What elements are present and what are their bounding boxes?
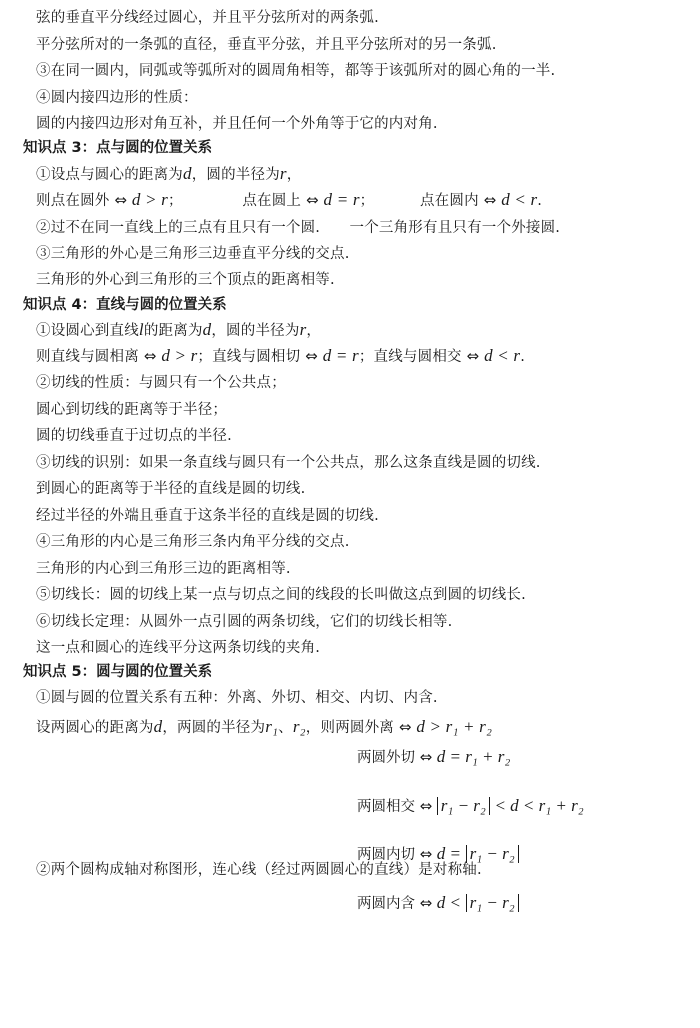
iff-symbol: ⇔	[399, 718, 412, 736]
text: 的距离为	[144, 323, 203, 339]
formula: d < r	[501, 190, 537, 209]
iff-symbol: ⇔	[420, 797, 433, 815]
formula: d > r₁ + r₂	[416, 717, 492, 736]
math-var: r₂	[293, 717, 306, 736]
formula-external-tangent: 两圆外切 ⇔ d = r₁ + r₂	[357, 746, 510, 769]
text-line: ⑥切线长定理：从圆外一点引圆的两条切线，它们的切线长相等.	[36, 612, 452, 632]
iff-symbol: ⇔	[420, 748, 433, 766]
iff-symbol: ⇔	[114, 191, 127, 209]
text: ；	[359, 349, 374, 365]
text-line: ①设圆心到直线l的距离为d，圆的半径为r，	[36, 320, 321, 341]
formula: d = r	[324, 190, 360, 209]
text: ；	[197, 349, 212, 365]
formula-intersect: 两圆相交 ⇔ r₁ − r₂ < d < r₁ + r₂	[357, 795, 584, 818]
text-line: ④圆内接四边形的性质：	[36, 88, 198, 108]
formula: d > r	[161, 346, 197, 365]
text: ；	[168, 193, 183, 209]
watermark	[590, 985, 680, 1015]
text-line: 平分弦所对的一条弧的直径，垂直平分弦，并且平分弦所对的另一条弧.	[36, 35, 497, 55]
iff-symbol: ⇔	[484, 191, 497, 209]
text-line: 则点在圆外 ⇔ d > r； 点在圆上 ⇔ d = r； 点在圆内 ⇔ d < …	[36, 190, 542, 211]
text: 设两圆心的距离为	[36, 720, 154, 736]
section-heading-3: 知识点 3：点与圆的位置关系	[23, 138, 212, 158]
iff-symbol: ⇔	[420, 894, 433, 912]
math-var: r	[280, 164, 287, 183]
formula: d < r	[484, 346, 520, 365]
formula-contain: 两圆内含 ⇔ d < r₁ − r₂	[357, 892, 519, 915]
formula: d = r	[323, 346, 359, 365]
text-line: 弦的垂直平分线经过圆心，并且平分弦所对的两条弧.	[36, 8, 379, 28]
formula-label: 两圆外切	[357, 750, 415, 766]
text-line: 三角形的内心到三角形三边的距离相等.	[36, 559, 291, 579]
text: ，圆的半径为	[211, 323, 299, 339]
text-line: 则直线与圆相离 ⇔ d > r；直线与圆相切 ⇔ d = r；直线与圆相交 ⇔ …	[36, 346, 525, 367]
text-line: 到圆心的距离等于半径的直线是圆的切线.	[36, 479, 305, 499]
formula-expr: d = r₁ + r₂	[437, 747, 511, 766]
text-line: ②过不在同一直线上的三点有且只有一个圆. 一个三角形有且只有一个外接圆.	[36, 218, 560, 238]
text: 则点在圆外	[36, 193, 110, 209]
text-line: ①设点与圆心的距离为d，圆的半径为r，	[36, 164, 301, 185]
text: 点在圆上	[242, 193, 301, 209]
text-line: 这一点和圆心的连线平分这两条切线的夹角.	[36, 638, 320, 658]
text-line: ⑤切线长：圆的切线上某一点与切点之间的线段的长叫做这点到圆的切线长.	[36, 585, 526, 605]
formula: d > r	[132, 190, 168, 209]
formula-expr: < d < r₁ + r₂	[494, 796, 583, 815]
text: .	[537, 193, 542, 209]
text: ；	[360, 193, 375, 209]
iff-symbol: ⇔	[306, 191, 319, 209]
text: ①设点与圆心的距离为	[36, 167, 183, 183]
text: ①设圆心到直线	[36, 323, 139, 339]
iff-symbol: ⇔	[305, 347, 318, 365]
text: ，	[287, 167, 302, 183]
formula-expr: d <	[437, 893, 461, 912]
text-line: 经过半径的外端且垂直于这条半径的直线是圆的切线.	[36, 506, 379, 526]
text-line: ③切线的识别：如果一条直线与圆只有一个公共点，那么这条直线是圆的切线.	[36, 453, 541, 473]
text: ，则两圆外离	[306, 720, 394, 736]
formula-label: 两圆内含	[357, 896, 415, 912]
math-var: d	[154, 717, 163, 736]
math-var: d	[183, 164, 192, 183]
iff-symbol: ⇔	[467, 347, 480, 365]
text: ，两圆的半径为	[162, 720, 265, 736]
text-line: ③三角形的外心是三角形三边垂直平分线的交点.	[36, 244, 350, 264]
text: 、	[278, 720, 293, 736]
text-line: ①圆与圆的位置关系有五种：外离、外切、相交、内切、内含.	[36, 688, 438, 708]
section-heading-5: 知识点 5：圆与圆的位置关系	[23, 662, 212, 682]
text-line: 三角形的外心到三角形的三个顶点的距离相等.	[36, 270, 335, 290]
text-line: ③在同一圆内，同弧或等弧所对的圆周角相等，都等于该弧所对的圆心角的一半.	[36, 61, 555, 81]
text-line: 圆的切线垂直于过切点的半径.	[36, 426, 232, 446]
section-heading-4: 知识点 4：直线与圆的位置关系	[23, 295, 227, 315]
text-line: 圆心到切线的距离等于半径；	[36, 400, 227, 420]
text: 直线与圆相交	[374, 349, 462, 365]
text-line: 圆的内接四边形对角互补，并且任何一个外角等于它的内对角.	[36, 114, 438, 134]
text-line: ④三角形的内心是三角形三条内角平分线的交点.	[36, 532, 350, 552]
text-line: 设两圆心的距离为d，两圆的半径为r₁、r₂，则两圆外离 ⇔ d > r₁ + r…	[36, 717, 492, 738]
text: ，圆的半径为	[192, 167, 280, 183]
text: 直线与圆相切	[212, 349, 300, 365]
text: .	[520, 349, 525, 365]
math-var: r₁	[265, 717, 278, 736]
text-line: ②切线的性质：与圆只有一个公共点；	[36, 373, 286, 393]
iff-symbol: ⇔	[144, 347, 157, 365]
formula-label: 两圆相交	[357, 799, 415, 815]
text-line: ②两个圆构成轴对称图形，连心线（经过两圆圆心的直线）是对称轴.	[36, 860, 482, 880]
text: 则直线与圆相离	[36, 349, 139, 365]
text: ，	[306, 323, 321, 339]
abs-value: r₁ − r₂	[466, 894, 519, 912]
text: 点在圆内	[420, 193, 479, 209]
abs-value: r₁ − r₂	[437, 797, 490, 815]
